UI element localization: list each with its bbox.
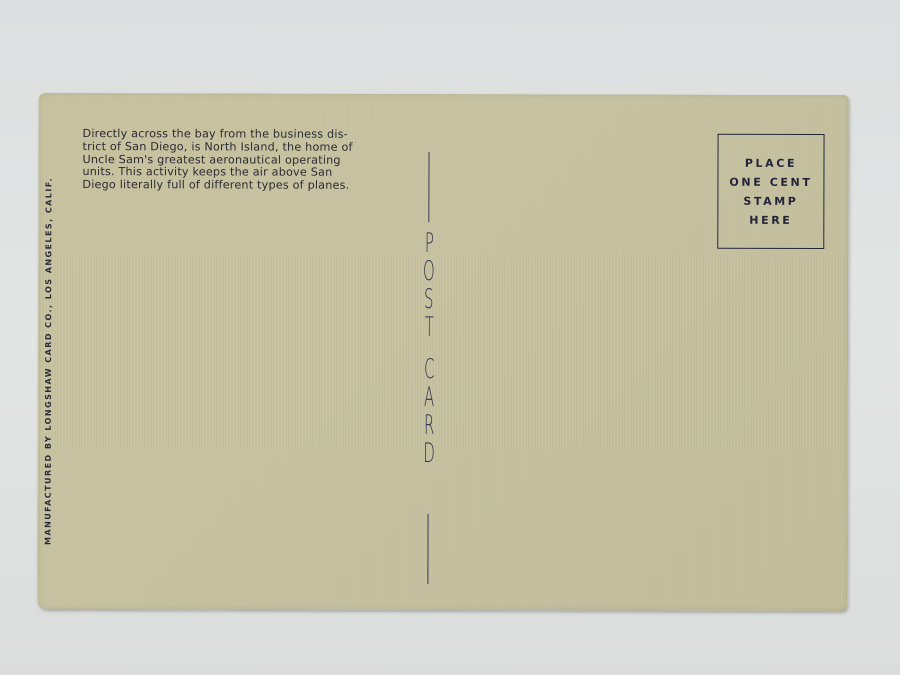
label-letter: S — [424, 286, 434, 314]
label-letter: P — [425, 230, 434, 258]
stamp-box-line: ONE CENT — [729, 175, 812, 188]
label-letter: R — [424, 412, 434, 440]
stamp-box-line: HERE — [749, 213, 792, 226]
stamp-box: PLACE ONE CENT STAMP HERE — [717, 134, 824, 249]
label-letter: O — [423, 258, 435, 286]
description-line: Diego literally full of different types … — [82, 179, 402, 193]
divider-line-top — [428, 152, 430, 222]
label-letter: A — [424, 384, 434, 412]
label-letter: C — [424, 356, 434, 384]
post-card-label: P O S T C A R D — [418, 230, 441, 468]
label-letter: D — [423, 440, 435, 468]
stamp-box-line: PLACE — [745, 156, 797, 169]
postcard-back: Directly across the bay from the busines… — [37, 93, 848, 611]
manufacturer-imprint: MANUFACTURED BY LONGSHAW CARD CO., LOS A… — [43, 177, 53, 545]
divider-line-bottom — [427, 514, 429, 584]
stamp-box-line: STAMP — [743, 194, 798, 207]
label-letter: T — [424, 314, 433, 342]
postcard-description: Directly across the bay from the busines… — [82, 128, 402, 193]
